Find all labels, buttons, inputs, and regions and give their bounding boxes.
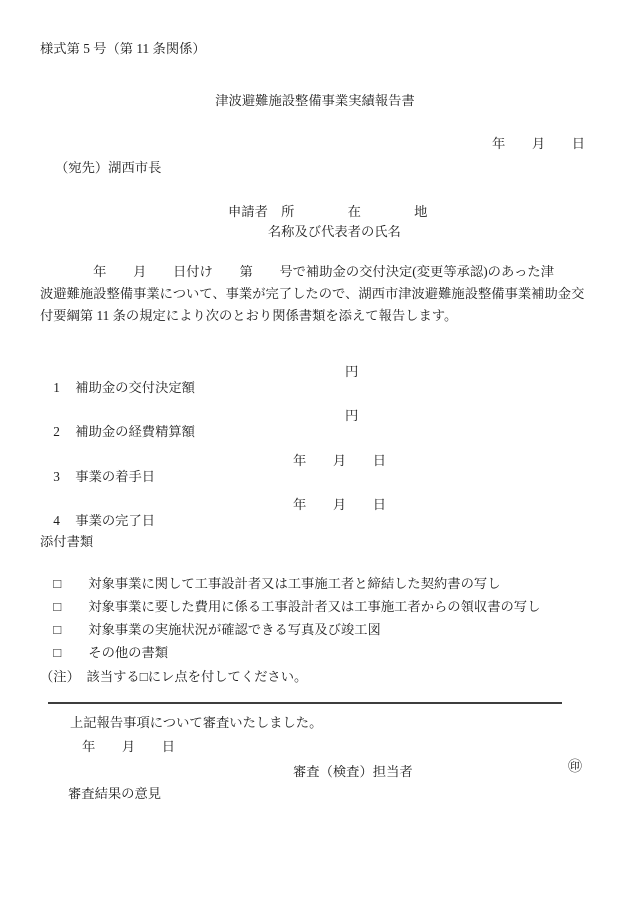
item-unit-yen: 円 xyxy=(345,405,358,424)
applicant-address-line: 申請者 所 在 地 xyxy=(228,204,427,219)
body-paragraph-line-3: 付要綱第 11 条の規定により次のとおり関係書類を添えて報告します。 xyxy=(40,308,457,323)
review-officer-label: 審査（検査）担当者 xyxy=(293,764,413,779)
attachments-heading: 添付書類 xyxy=(40,534,93,549)
item-label: 事業の着手日 xyxy=(75,469,155,484)
item-label: 事業の完了日 xyxy=(75,513,155,528)
checkbox-icon[interactable]: □ xyxy=(53,645,88,661)
item-unit-yen: 円 xyxy=(345,361,358,380)
attachment-label: その他の書類 xyxy=(88,645,168,660)
report-date-blank: 年 月 日 xyxy=(492,136,585,151)
review-opinion-label: 審査結果の意見 xyxy=(68,786,161,801)
body-paragraph-line-2: 波避難施設整備事業について、事業が完了したので、湖西市津波避難施設整備事業補助金… xyxy=(40,286,584,301)
item-number: 3 xyxy=(53,469,75,485)
item-label: 補助金の経費精算額 xyxy=(75,424,195,439)
review-statement: 上記報告事項について審査いたしました。 xyxy=(70,715,322,730)
body-paragraph-line-1: 年 月 日付け 第 号で補助金の交付決定(変更等承認)のあった津 xyxy=(40,264,554,279)
section-divider xyxy=(48,702,562,704)
item-label: 補助金の交付決定額 xyxy=(75,380,195,395)
seal-icon: ㊞ xyxy=(568,761,582,775)
item-row-project-completion-date: 4事業の完了日 年 月 日 xyxy=(40,494,580,561)
item-number: 2 xyxy=(53,424,75,440)
review-date-blank: 年 月 日 xyxy=(82,739,175,754)
item-number: 1 xyxy=(53,380,75,396)
item-date-blank: 年 月 日 xyxy=(293,494,386,513)
addressee: （宛先）湖西市長 xyxy=(55,160,161,175)
item-date-blank: 年 月 日 xyxy=(293,450,386,469)
document-page: 様式第 5 号（第 11 条関係） 津波避難施設整備事業実績報告書 年 月 日 … xyxy=(0,0,630,903)
form-number: 様式第 5 号（第 11 条関係） xyxy=(40,41,206,56)
note-checkmark-instruction: （注） 該当する□にレ点を付してください。 xyxy=(40,669,307,684)
applicant-name-line: 名称及び代表者の氏名 xyxy=(228,224,401,239)
document-title: 津波避難施設整備事業実績報告書 xyxy=(0,93,630,108)
item-number: 4 xyxy=(53,513,75,529)
